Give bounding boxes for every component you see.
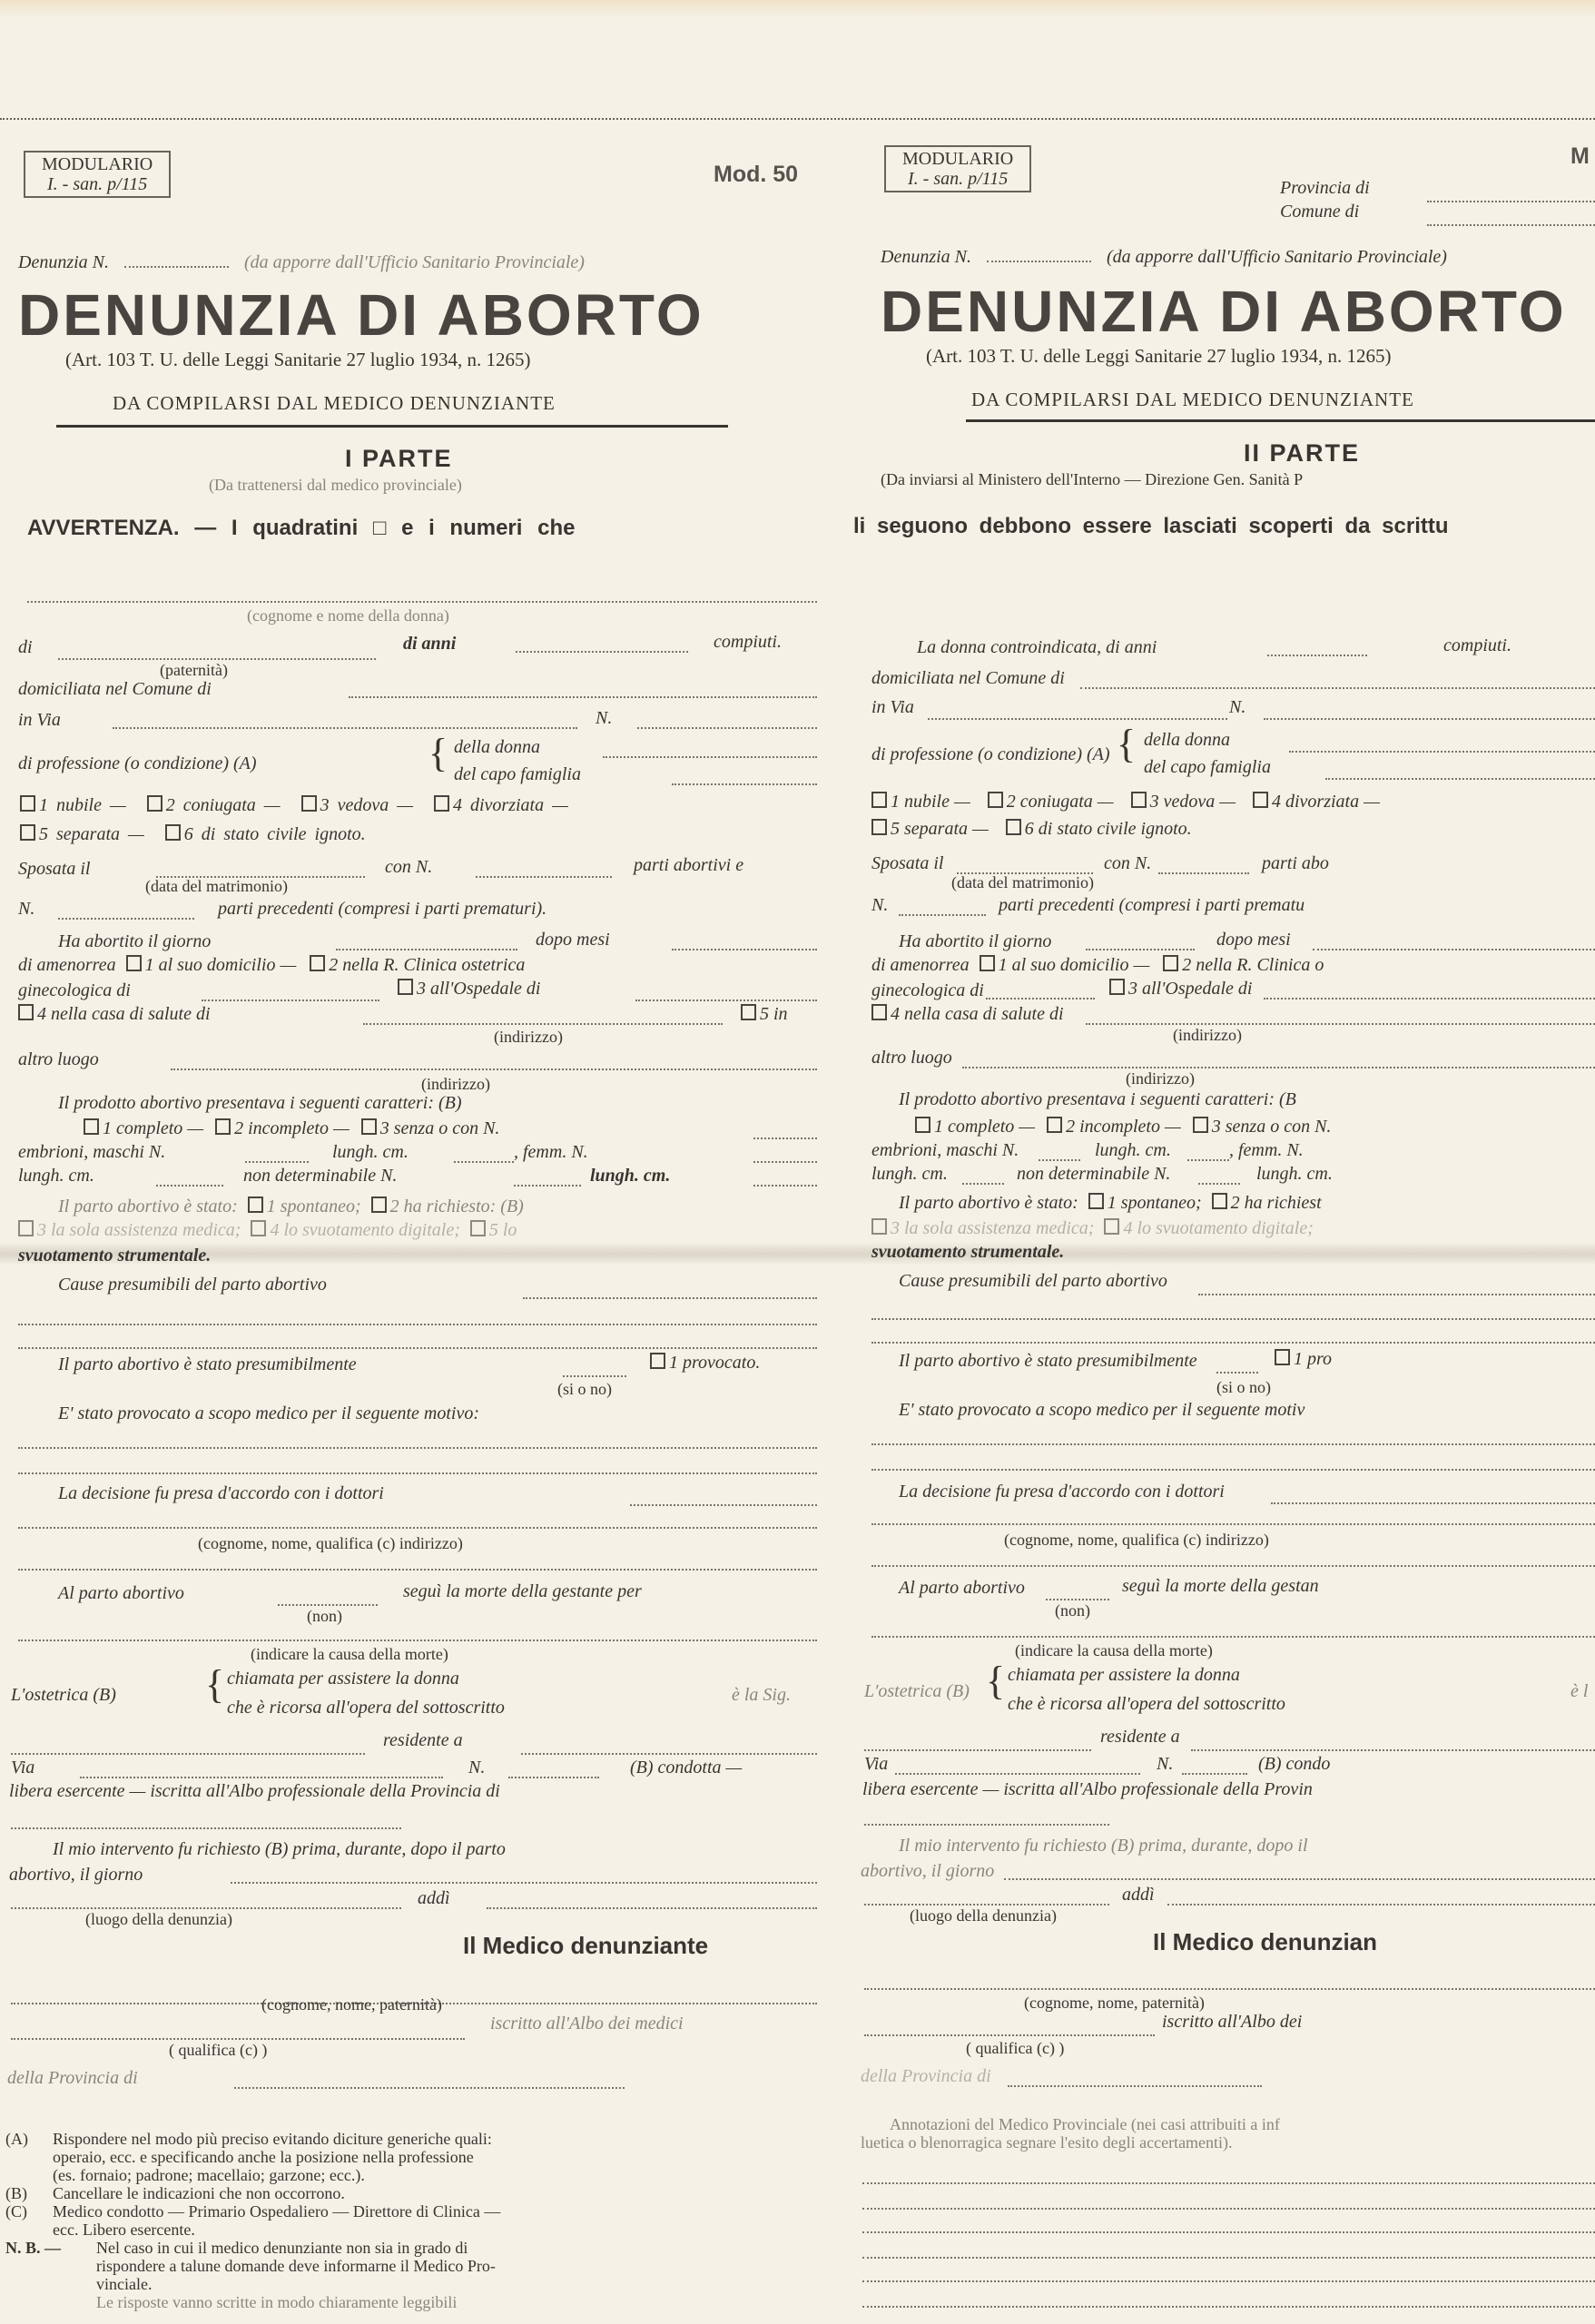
checkbox-provocato-2[interactable] — [1275, 1349, 1290, 1365]
males-field-2[interactable] — [1039, 1158, 1080, 1161]
checkbox-completo-2[interactable] — [915, 1117, 930, 1133]
nursing-home-field[interactable] — [363, 1022, 723, 1025]
annotation-line-5[interactable] — [862, 2280, 1595, 2282]
checkbox-provocato[interactable] — [650, 1353, 665, 1369]
abortion-date-field-2[interactable] — [1086, 948, 1195, 950]
undetermined-field-2[interactable] — [1198, 1182, 1240, 1185]
doctors-field[interactable] — [630, 1503, 817, 1506]
abortive-births-field-2[interactable] — [1158, 871, 1249, 874]
checkbox-assistenza-2[interactable] — [871, 1218, 887, 1235]
delivery-type-row: Il parto abortivo è stato: 1 spontaneo; … — [58, 1196, 524, 1217]
doctors-field-2c[interactable] — [871, 1523, 1595, 1525]
title-rule — [56, 425, 728, 428]
doctors-field-2b[interactable] — [1271, 1502, 1595, 1504]
annotation-line-2[interactable] — [862, 2208, 1595, 2210]
checkbox-clinica-2[interactable] — [1163, 955, 1178, 971]
marital-status-row-2: 5 separata — 6 di stato civile ignoto. — [20, 824, 366, 845]
checkbox-nubile[interactable] — [20, 795, 35, 812]
avvertenza-left: AVVERTENZA. — I quadratini □ e i numeri … — [27, 516, 575, 541]
age-field-2[interactable] — [1267, 654, 1367, 656]
checkbox-separata-2[interactable] — [871, 819, 887, 835]
part-1-heading: I PARTE — [345, 445, 453, 473]
checkbox-divorziata-2[interactable] — [1253, 792, 1268, 808]
part-1-note: (Da trattenersi dal medico provinciale) — [209, 476, 462, 495]
age-field[interactable] — [516, 650, 688, 653]
checkbox-ospedale-2[interactable] — [1109, 979, 1125, 995]
annotation-line-6[interactable] — [862, 2306, 1595, 2308]
doctor-province-field-2[interactable] — [1008, 2084, 1262, 2087]
clinic-city-field[interactable] — [202, 999, 379, 1001]
signature-heading-2: Il Medico denunzian — [1153, 1928, 1377, 1956]
profession-head-field[interactable] — [672, 783, 817, 785]
profession-woman-field-2[interactable] — [1289, 750, 1595, 753]
hospital-field-2[interactable] — [1264, 997, 1595, 1000]
name-caption: (cognome e nome della donna) — [247, 606, 449, 625]
compilation-note: DA COMPILARSI DAL MEDICO DENUNZIANTE — [113, 392, 556, 415]
checkbox-nubile-2[interactable] — [871, 792, 887, 808]
checkbox-separata[interactable] — [20, 824, 35, 841]
other-place-field-2[interactable] — [962, 1066, 1595, 1068]
checkbox-domicilio-2[interactable] — [980, 955, 995, 971]
report-date-field-2[interactable] — [1167, 1903, 1595, 1905]
checkbox-casa-salute[interactable] — [18, 1004, 34, 1020]
brace: { — [428, 734, 448, 773]
undetermined-field[interactable] — [514, 1184, 581, 1187]
modulario-label: MODULARIO — [42, 154, 153, 174]
form-part-2: MODULARIO I. - san. p/115 M Provincia di… — [853, 0, 1595, 2324]
undetermined-length-field[interactable] — [753, 1184, 817, 1187]
midwife-number-field-2[interactable] — [1182, 1772, 1247, 1775]
doctor-name-field-2[interactable] — [864, 1988, 1595, 1990]
causes-field-2b[interactable] — [1198, 1293, 1595, 1295]
form-code: Mod. 50 — [714, 162, 798, 188]
brace: { — [1117, 724, 1136, 764]
checkbox-embrioni[interactable] — [361, 1118, 377, 1135]
paternita-field[interactable] — [58, 657, 376, 660]
males-length-field[interactable] — [454, 1160, 514, 1163]
intervention-date-field[interactable] — [231, 1881, 817, 1884]
part-2-note: (Da inviarsi al Ministero dell'Interno —… — [881, 470, 1303, 489]
checkbox-digitale-2[interactable] — [1104, 1218, 1119, 1235]
checkbox-coniugata[interactable] — [147, 795, 162, 812]
denunzia-number-field[interactable] — [124, 265, 229, 268]
midwife-via-field-2[interactable] — [895, 1772, 1140, 1775]
provincia-field[interactable] — [1427, 200, 1595, 202]
males-field[interactable] — [245, 1160, 309, 1163]
clinic-city-field-2[interactable] — [986, 997, 1095, 1000]
comune-field[interactable] — [349, 695, 817, 698]
checkbox-spontaneo[interactable] — [248, 1196, 263, 1213]
checkbox-ignoto-2[interactable] — [1006, 819, 1021, 835]
females-length-field-2[interactable] — [962, 1182, 1004, 1185]
profession-woman-field[interactable] — [603, 755, 817, 758]
checkbox-assistenza[interactable] — [18, 1220, 34, 1236]
checkbox-ignoto[interactable] — [165, 824, 181, 841]
midwife-province-field[interactable] — [11, 1827, 401, 1829]
doctors-field-2[interactable] — [18, 1527, 817, 1529]
midwife-number-field[interactable] — [508, 1776, 599, 1778]
annotation-line-4[interactable] — [862, 2257, 1595, 2259]
hospital-field[interactable] — [635, 999, 817, 1001]
report-date-field[interactable] — [487, 1906, 817, 1909]
marital-status-row-1: 1 nubile — 2 coniugata — 3 vedova — 4 di… — [20, 795, 568, 816]
avvertenza-right: li seguono debbono essere lasciati scope… — [853, 514, 1449, 539]
legal-reference: (Art. 103 T. U. delle Leggi Sanitarie 27… — [65, 349, 530, 371]
report-place-field-2[interactable] — [864, 1903, 1109, 1905]
footnotes: (A)Rispondere nel modo più preciso evita… — [5, 2130, 500, 2311]
paternita-caption: (paternità) — [160, 661, 228, 680]
form-part-1: MODULARIO I. - san. p/115 Mod. 50 Denunz… — [0, 0, 817, 2324]
document-title: DENUNZIA DI ABORTO — [18, 281, 704, 349]
via-field[interactable] — [113, 726, 577, 729]
death-cause-field[interactable] — [18, 1640, 817, 1641]
months-field[interactable] — [672, 948, 817, 950]
reason-field-2b[interactable] — [871, 1469, 1595, 1471]
annotations-subheading: luetica o blenorragica segnare l'esito d… — [861, 2133, 1233, 2152]
civic-number-field-2[interactable] — [1264, 717, 1595, 720]
modulario-box: MODULARIO I. - san. p/115 — [24, 151, 171, 198]
checkbox-coniugata-2[interactable] — [988, 792, 1003, 808]
reason-field-2a[interactable] — [871, 1443, 1595, 1445]
midwife-via-field[interactable] — [80, 1776, 443, 1778]
midwife-name-field[interactable] — [11, 1752, 365, 1755]
midwife-residence-field-2[interactable] — [1191, 1748, 1595, 1751]
checkbox-vedova-2[interactable] — [1131, 792, 1147, 808]
checkbox-completo[interactable] — [84, 1118, 99, 1135]
comune-label: Comune di — [1280, 202, 1359, 222]
doctors-field-2d[interactable] — [871, 1565, 1595, 1567]
report-place-field[interactable] — [11, 1906, 401, 1909]
causes-field-2c[interactable] — [871, 1318, 1595, 1320]
abortive-births-field[interactable] — [476, 875, 612, 878]
checkbox-clinica[interactable] — [310, 955, 325, 971]
modulario-box-2: MODULARIO I. - san. p/115 — [884, 145, 1031, 192]
females-length-field[interactable] — [156, 1184, 223, 1187]
checkbox-embrioni-2[interactable] — [1193, 1117, 1208, 1133]
checkbox-vedova[interactable] — [301, 795, 317, 812]
nursing-home-field-2[interactable] — [1086, 1022, 1595, 1025]
females-field[interactable] — [753, 1160, 817, 1163]
product-row: 1 completo — 2 incompleto — 3 senza o co… — [84, 1118, 499, 1139]
annotation-line-3[interactable] — [862, 2231, 1595, 2233]
modulario-code: I. - san. p/115 — [42, 174, 153, 194]
doctor-qualification-field[interactable] — [11, 2037, 465, 2040]
midwife-residence-field[interactable] — [521, 1752, 817, 1755]
checkbox-incompleto-2[interactable] — [1047, 1117, 1062, 1133]
checkbox-spontaneo-2[interactable] — [1088, 1193, 1104, 1209]
checkbox-richiesto[interactable] — [371, 1196, 387, 1213]
delivery-type-row-2: 3 la sola assistenza medica; 4 lo svuota… — [18, 1220, 517, 1241]
checkbox-richiesto-2[interactable] — [1212, 1193, 1227, 1209]
males-length-field-2[interactable] — [1187, 1158, 1229, 1161]
via-field-2[interactable] — [928, 717, 1227, 720]
annotations-heading: Annotazioni del Medico Provinciale (nei … — [890, 2115, 1280, 2134]
document-title-2: DENUNZIA DI ABORTO — [881, 278, 1567, 345]
checkbox-divorziata[interactable] — [434, 795, 449, 812]
name-field[interactable] — [27, 601, 817, 603]
title-rule-2 — [966, 419, 1595, 422]
midwife-name-field-2[interactable] — [864, 1748, 1091, 1751]
si-no-field[interactable] — [563, 1374, 626, 1377]
checkbox-domicilio[interactable] — [126, 955, 142, 971]
provincia-label: Provincia di — [1280, 178, 1370, 199]
months-field-2[interactable] — [1313, 948, 1595, 950]
checkbox-altro-luogo[interactable] — [741, 1004, 756, 1020]
checkbox-strumentale[interactable] — [470, 1220, 486, 1236]
non-field[interactable] — [278, 1603, 378, 1606]
annotation-line-1[interactable] — [862, 2182, 1595, 2184]
si-no-field-2[interactable] — [1216, 1371, 1258, 1374]
signature-heading: Il Medico denunziante — [463, 1932, 708, 1960]
reason-field-1[interactable] — [18, 1447, 817, 1449]
doctors-field-3[interactable] — [18, 1569, 817, 1571]
previous-births-field[interactable] — [58, 917, 194, 920]
intervention-date-field-2[interactable] — [1004, 1877, 1595, 1880]
midwife-province-field-2[interactable] — [864, 1823, 1109, 1826]
doctor-qualification-field-2[interactable] — [864, 2033, 1155, 2036]
denunzia-number-field-2[interactable] — [987, 260, 1091, 262]
other-place-field[interactable] — [171, 1068, 817, 1070]
place-row-1: di amenorrea 1 al suo domicilio — 2 nell… — [18, 955, 525, 976]
previous-births-field-2[interactable] — [899, 913, 986, 916]
comune-field-2[interactable] — [1080, 686, 1595, 689]
reason-field-2[interactable] — [18, 1472, 817, 1474]
brace: { — [986, 1661, 1005, 1701]
comune-field-header[interactable] — [1427, 223, 1595, 226]
death-cause-field-2[interactable] — [871, 1636, 1595, 1638]
checkbox-digitale[interactable] — [251, 1220, 266, 1236]
causes-field-2[interactable] — [18, 1324, 817, 1325]
causes-field-3[interactable] — [18, 1347, 817, 1349]
doctor-province-field[interactable] — [234, 2086, 625, 2089]
civic-number-field[interactable] — [637, 726, 817, 729]
checkbox-ospedale[interactable] — [398, 979, 413, 995]
form-code-cut: M — [1570, 143, 1590, 170]
part-2-heading: II PARTE — [1244, 439, 1360, 468]
checkbox-casa-salute-2[interactable] — [871, 1004, 887, 1020]
denunzia-number-label: Denunzia N. (da apporre dall'Ufficio San… — [18, 252, 585, 273]
embryo-count-field[interactable] — [753, 1137, 817, 1139]
abortion-date-field[interactable] — [336, 948, 517, 950]
brace: { — [205, 1665, 224, 1705]
causes-field-2d[interactable] — [871, 1342, 1595, 1344]
profession-head-field-2[interactable] — [1325, 777, 1595, 780]
non-field-2[interactable] — [1046, 1598, 1109, 1600]
causes-field[interactable] — [523, 1296, 817, 1299]
checkbox-incompleto[interactable] — [215, 1118, 231, 1135]
